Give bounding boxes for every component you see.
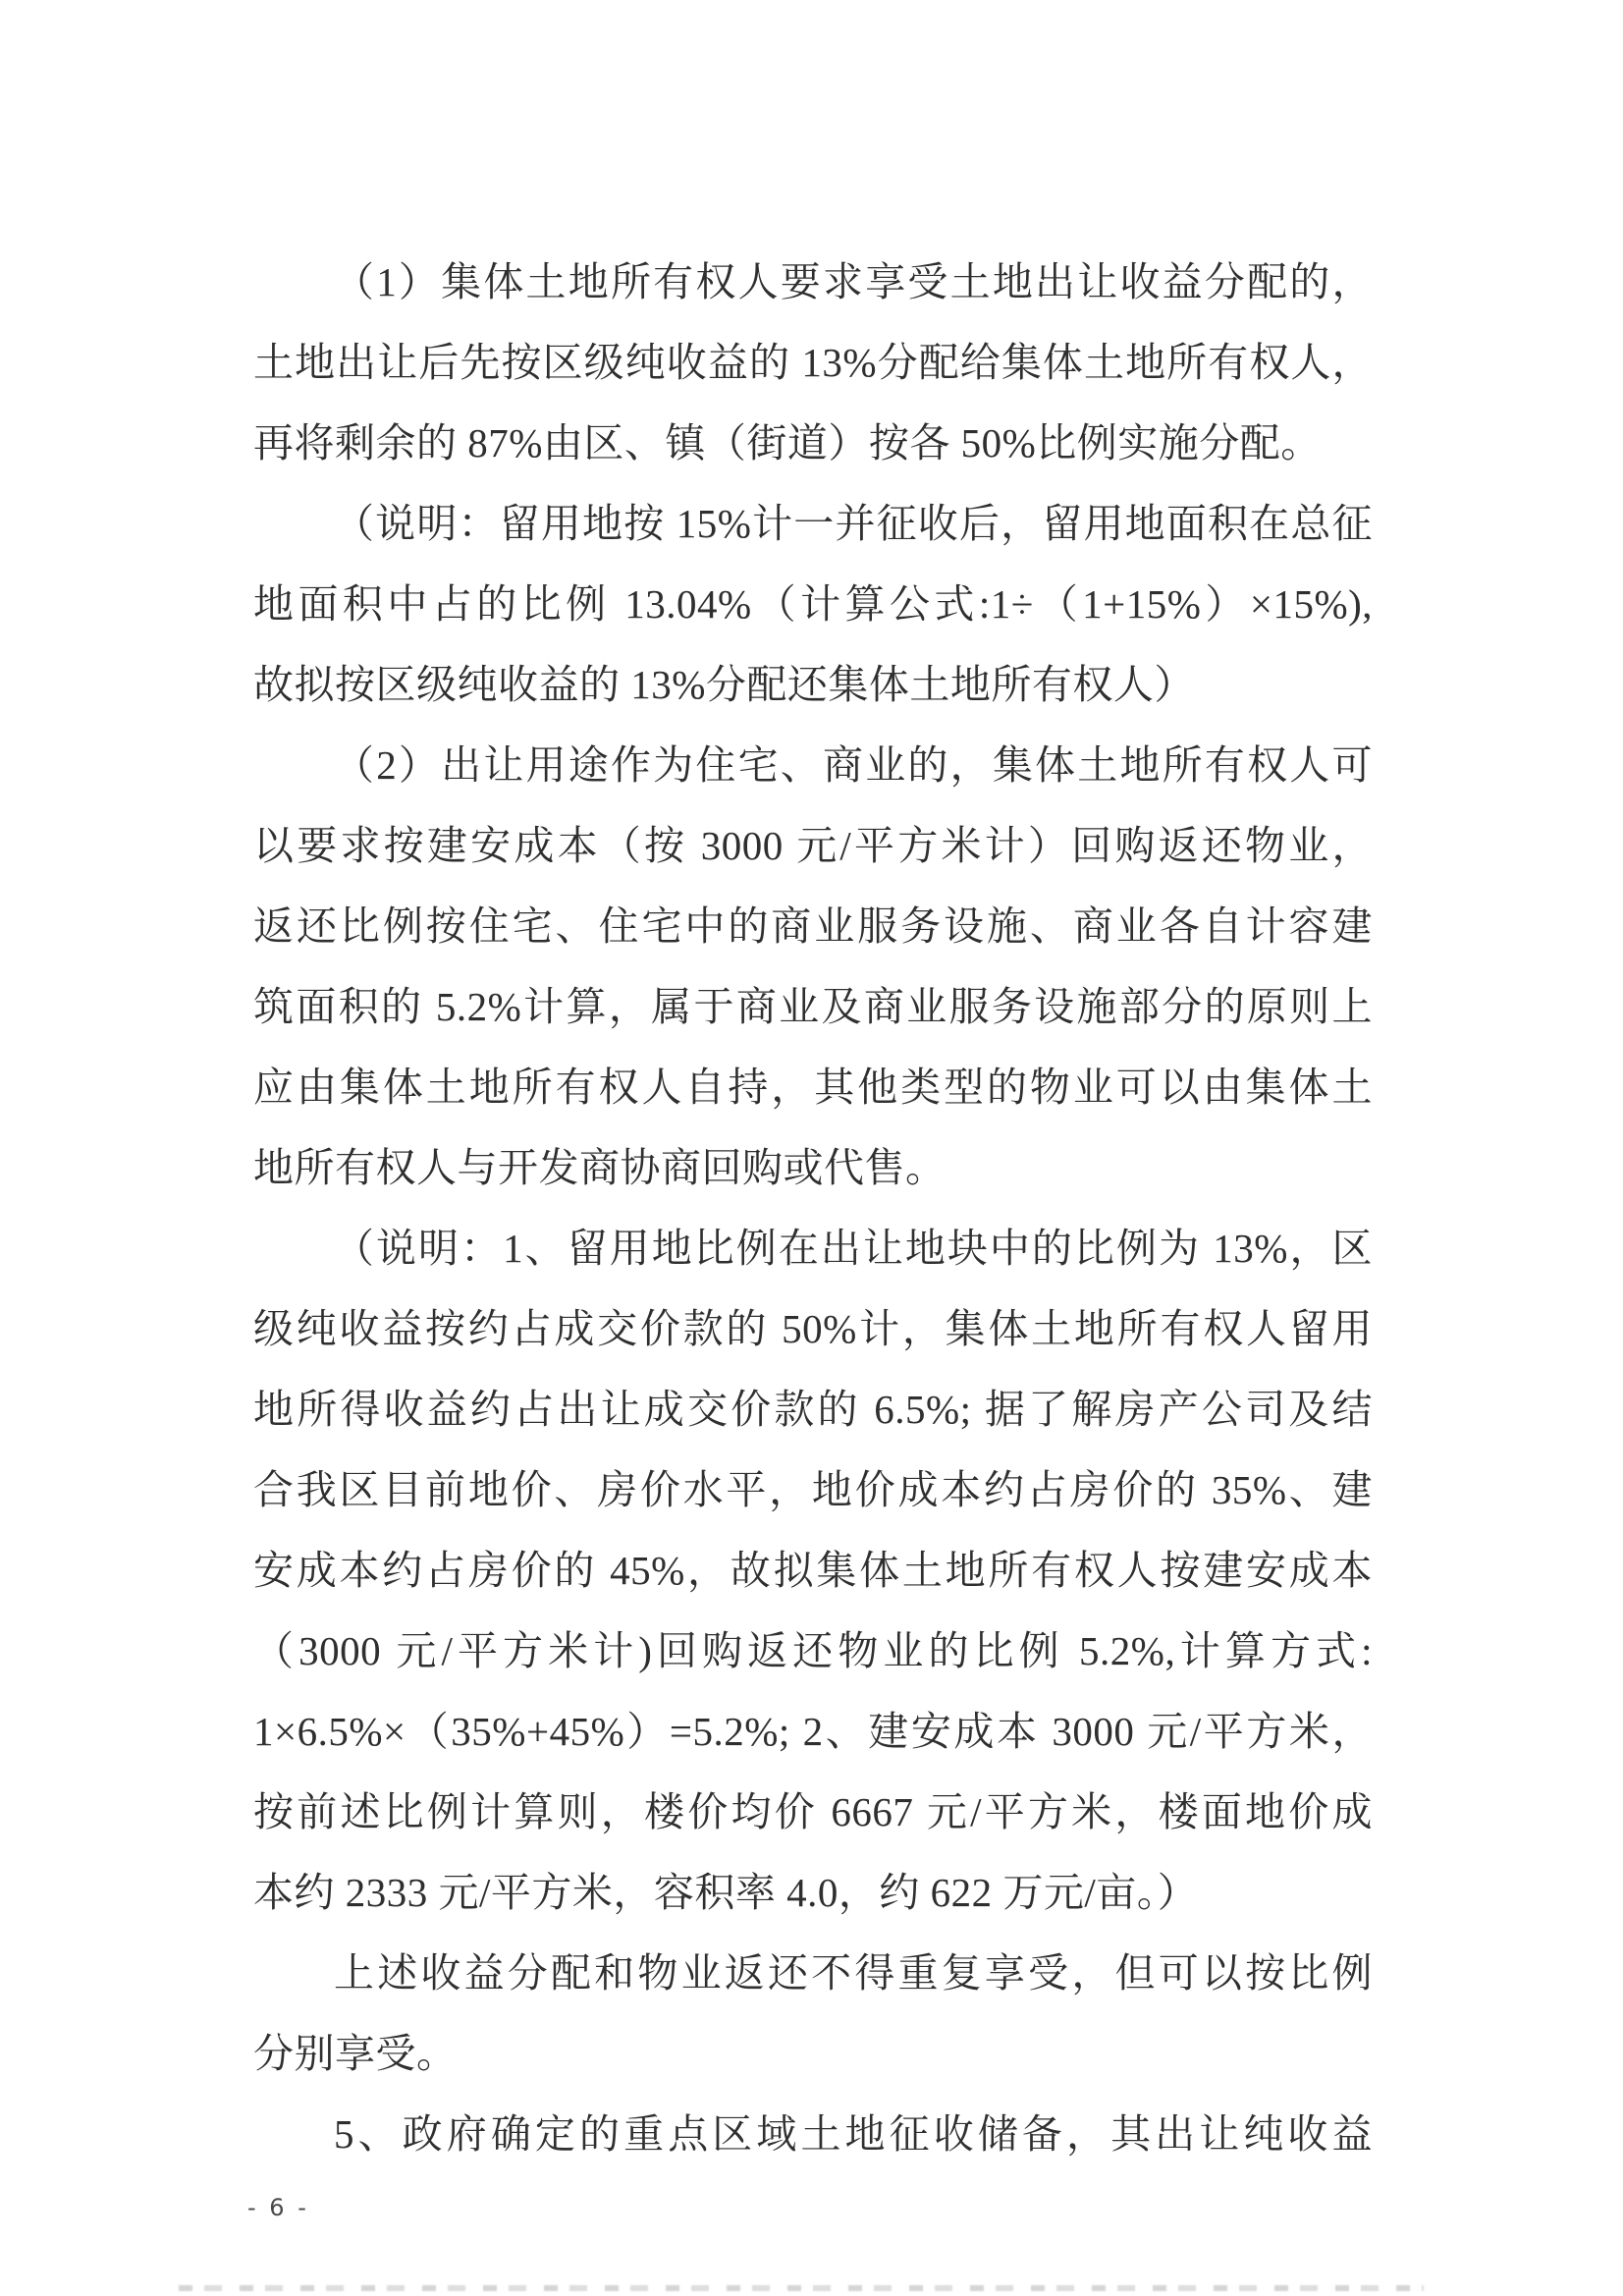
text-line: 上述收益分配和物业返还不得重复享受，但可以按比例	[253, 1933, 1373, 2013]
text-line: （说明：留用地按 15%计一并征收后，留用地面积在总征	[253, 483, 1373, 564]
scanned-document-page: （1）集体土地所有权人要求享受土地出让收益分配的， 土地出让后先按区级纯收益的 …	[0, 0, 1623, 2296]
next-page-text-cutoff	[179, 2285, 1424, 2291]
page-number: - 6 -	[247, 2194, 309, 2221]
text-line: 以要求按建安成本（按 3000 元/平方米计）回购返还物业，	[253, 805, 1373, 886]
text-line: 5、政府确定的重点区域土地征收储备，其出让纯收益	[253, 2094, 1373, 2174]
text-line: 土地出让后先按区级纯收益的 13%分配给集体土地所有权人，	[253, 322, 1373, 403]
text-line: 地所得收益约占出让成交价款的 6.5%; 据了解房产公司及结	[253, 1369, 1373, 1449]
text-line: 分别享受。	[253, 2013, 1373, 2094]
document-body: （1）集体土地所有权人要求享受土地出让收益分配的， 土地出让后先按区级纯收益的 …	[253, 242, 1373, 2174]
text-line: 按前述比例计算则，楼价均价 6667 元/平方米，楼面地价成	[253, 1772, 1373, 1852]
text-line: 本约 2333 元/平方米，容积率 4.0，约 622 万元/亩。）	[253, 1852, 1373, 1933]
text-line: 地面积中占的比例 13.04%（计算公式:1÷（1+15%）×15%),	[253, 564, 1373, 644]
text-line: 级纯收益按约占成交价款的 50%计，集体土地所有权人留用	[253, 1288, 1373, 1369]
text-line: 故拟按区级纯收益的 13%分配还集体土地所有权人）	[253, 644, 1373, 725]
text-line: 合我区目前地价、房价水平，地价成本约占房价的 35%、建	[253, 1449, 1373, 1530]
text-line: 地所有权人与开发商协商回购或代售。	[253, 1127, 1373, 1208]
text-line: （说明：1、留用地比例在出让地块中的比例为 13%，区	[253, 1208, 1373, 1288]
text-line: 返还比例按住宅、住宅中的商业服务设施、商业各自计容建	[253, 886, 1373, 966]
text-line: 应由集体土地所有权人自持，其他类型的物业可以由集体土	[253, 1047, 1373, 1127]
text-line: 筑面积的 5.2%计算，属于商业及商业服务设施部分的原则上	[253, 966, 1373, 1047]
text-line: 再将剩余的 87%由区、镇（街道）按各 50%比例实施分配。	[253, 403, 1373, 483]
text-line: （2）出让用途作为住宅、商业的，集体土地所有权人可	[253, 725, 1373, 805]
text-line: 安成本约占房价的 45%，故拟集体土地所有权人按建安成本	[253, 1530, 1373, 1611]
text-line: （3000 元/平方米计)回购返还物业的比例 5.2%,计算方式:	[253, 1611, 1373, 1691]
text-line: （1）集体土地所有权人要求享受土地出让收益分配的，	[253, 242, 1373, 322]
text-line: 1×6.5%×（35%+45%）=5.2%; 2、建安成本 3000 元/平方米…	[253, 1691, 1373, 1772]
